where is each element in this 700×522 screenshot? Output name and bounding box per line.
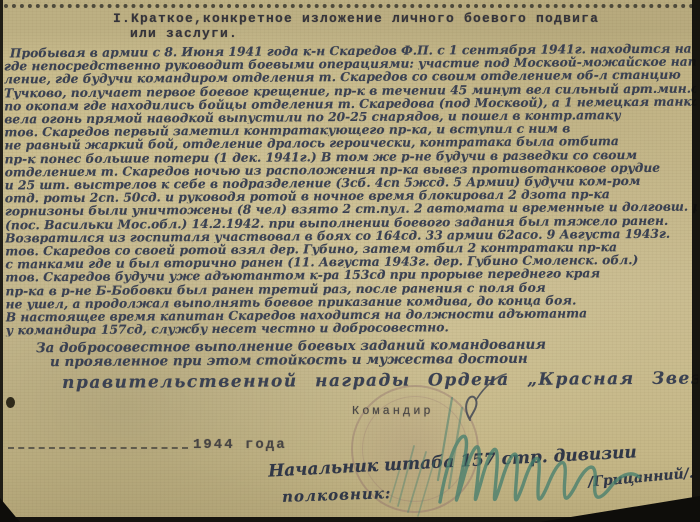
scanned-award-document: I.Краткое,конкретное изложение личного б…: [0, 0, 700, 522]
scan-edge-left: [0, 0, 3, 522]
signature-name: /Грицанний/.: [588, 465, 695, 490]
scan-corner-bottom-left: [0, 498, 20, 522]
handwritten-citation-body: Пробывая в армии с 8. Июня 1941 года к-н…: [4, 42, 698, 395]
commander-typed-label: Командир: [352, 404, 434, 418]
rank-line: полковник:: [282, 484, 392, 506]
paper-hole: [6, 397, 15, 408]
typewriter-dotted-rule: [4, 4, 694, 8]
scan-edge-right: [692, 0, 700, 522]
document-title-line2: или заслуги.: [130, 26, 238, 41]
typewriter-dashed-rule: [8, 447, 188, 449]
document-title-line1: I.Краткое,конкретное изложение личного б…: [113, 11, 599, 26]
year-typed-label: 1944 года: [193, 437, 287, 453]
handwritten-award-line: правительственной награды Ордена „Красна…: [62, 367, 698, 393]
